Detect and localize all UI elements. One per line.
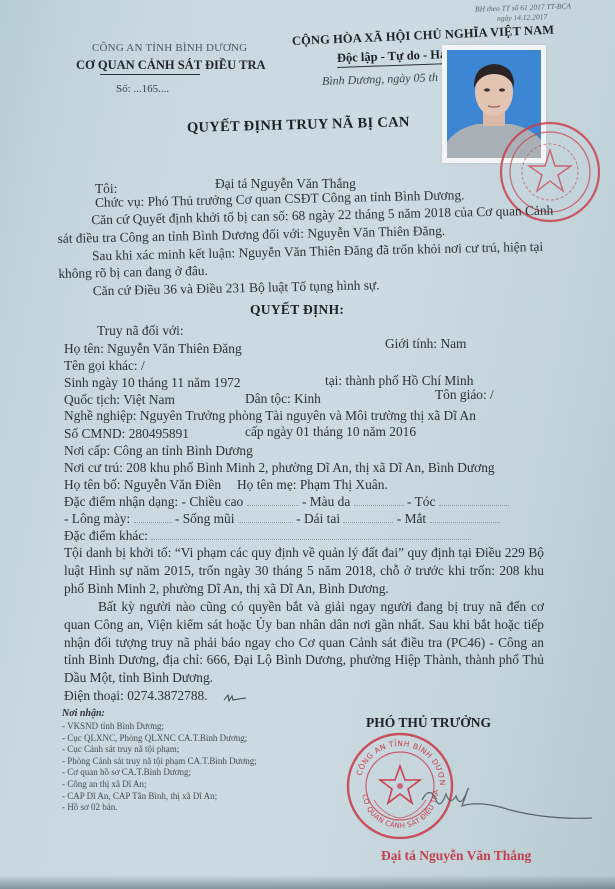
decision-heading: QUYẾT ĐỊNH: [250, 302, 344, 318]
instructions-paragraph: Bất kỳ người nào cũng có quyền bắt và gi… [64, 598, 544, 687]
signer-title: PHÓ THỦ TRƯỞNG [366, 715, 491, 731]
subject-mother: Họ tên mẹ: Phạm Thị Xuân. [237, 476, 388, 494]
document-title: QUYẾT ĐỊNH TRUY NÃ BỊ CAN [187, 114, 410, 137]
subject-religion: Tôn giáo: / [435, 386, 494, 404]
document-number: Số: ...165.... [116, 83, 169, 95]
feature-eyes: - Mắt [397, 511, 426, 526]
identification-features: Đặc điểm nhận dạng: - Chiều cao - Màu da… [64, 493, 509, 511]
subject-gender: Giới tính: Nam [385, 335, 466, 353]
subject-id-number: Số CMND: 280495891 [64, 425, 189, 443]
height-blank [247, 495, 299, 506]
recipient-item: - VKSND tỉnh Bình Dương; [62, 721, 257, 733]
form-reference-note: BH theo TT số 61 2017 TT-BCA [475, 1, 571, 13]
preamble-block: Căn cứ Quyết định khởi tố bị can số: 68 … [57, 202, 559, 301]
contact-phone: Điện thoại: 0274.3872788. [64, 687, 208, 705]
identification-features-2: - Lông mày: - Sống mũi - Dái tai - Mắt [64, 510, 500, 528]
recipient-item: - Cục QLXNC, Phòng QLXNC CA.T.Bình Dương… [62, 733, 257, 745]
recipient-item: - CAP Dĩ An, CAP Tân Bình, thị xã Dĩ An; [62, 791, 257, 803]
subject-id-issue-date: cấp ngày 01 tháng 10 năm 2016 [245, 423, 416, 441]
agency-underline [100, 74, 200, 75]
subject-full-name: Họ tên: Nguyễn Văn Thiên Đăng [64, 340, 242, 358]
recipient-item: - Cơ quan hồ sơ CA.T.Bình Dương; [62, 767, 257, 779]
feature-hair: - Tóc [407, 494, 435, 509]
signer-name: Đại tá Nguyễn Văn Thắng [381, 848, 531, 864]
ears-blank [343, 512, 393, 523]
recipient-item: - Phòng Cảnh sát truy nã tội phạm CA.T.B… [62, 756, 257, 768]
other-features-label: Đặc điểm khác: [64, 528, 148, 543]
recipients-title: Nơi nhận: [62, 708, 105, 719]
agency-name: CƠ QUAN CẢNH SÁT ĐIỀU TRA [76, 58, 266, 73]
nose-blank [238, 512, 293, 523]
initials-icon [222, 693, 248, 703]
other-features-blank [151, 529, 471, 540]
other-features: Đặc điểm khác: [64, 527, 471, 545]
authority-name: CÔNG AN TỈNH BÌNH DƯƠNG [92, 42, 247, 54]
form-reference-date: ngày 14.12.2017 [497, 12, 548, 23]
recipient-item: - Hồ sơ 02 bản. [62, 802, 257, 814]
feature-skin: - Màu da [302, 494, 350, 509]
feature-ears: - Dái tai [296, 511, 340, 526]
feature-nose: - Sống mũi [175, 511, 235, 526]
recipient-item: - Công an thị xã Dĩ An; [62, 779, 257, 791]
subject-alias: Tên gọi khác: / [64, 357, 145, 375]
skin-blank [354, 495, 404, 506]
hair-blank [439, 495, 509, 506]
charges-paragraph: Tội danh bị khởi tố: “Vi phạm các quy đị… [64, 544, 544, 597]
wanted-intro: Truy nã đối với: [97, 322, 184, 340]
place-date: Bình Dương, ngày 05 th [322, 70, 438, 89]
document-page: BH theo TT số 61 2017 TT-BCA ngày 14.12.… [0, 0, 615, 889]
subject-father: Họ tên bố: Nguyễn Văn Điền [64, 476, 221, 494]
features-label: Đặc điểm nhận dạng: [64, 494, 178, 509]
page-edge-shadow [0, 875, 615, 889]
recipient-item: - Cục Cảnh sát truy nã tội phạm; [62, 744, 257, 756]
instructions-text: Bất kỳ người nào cũng có quyền bắt và gi… [64, 598, 544, 687]
signature-icon [420, 780, 595, 825]
feature-eyebrows: - Lông mày: [64, 511, 130, 526]
subject-ethnicity: Dân tộc: Kinh [245, 390, 321, 408]
subject-id-issuer: Nơi cấp: Công an tỉnh Bình Dương [64, 442, 253, 460]
eyebrows-blank [134, 512, 172, 523]
subject-residence: Nơi cư trú: 208 khu phố Bình Minh 2, phư… [64, 459, 495, 477]
eyes-blank [430, 512, 500, 523]
subject-dob: Sinh ngày 10 tháng 11 năm 1972 [64, 374, 241, 392]
feature-height: - Chiều cao [182, 494, 244, 509]
recipients-list: - VKSND tỉnh Bình Dương; - Cục QLXNC, Ph… [62, 721, 257, 814]
